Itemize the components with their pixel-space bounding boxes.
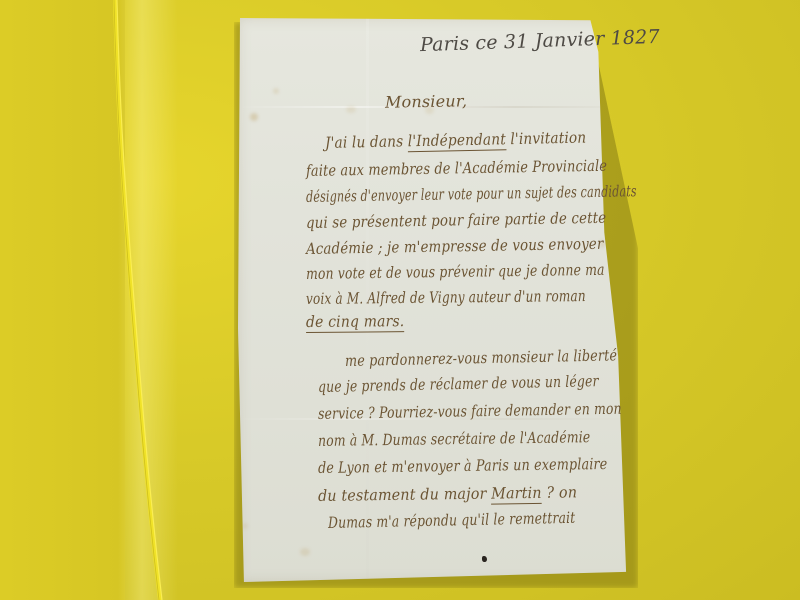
letter-line-text: du testament du major <box>318 485 491 505</box>
yellow-folder-left-panel <box>0 0 125 600</box>
letter-salutation: Monsieur, <box>385 91 468 111</box>
paper-stain <box>242 523 248 529</box>
paper-stain <box>250 113 258 121</box>
binding-thread <box>112 0 192 600</box>
paper-stain <box>300 548 310 556</box>
underlined-name: Martin <box>491 484 542 505</box>
letter-line-text: l'invitation <box>506 129 587 149</box>
underlined-newspaper-title: l'Indépendant <box>408 130 507 152</box>
underlined-novel-title: de cinq mars. <box>306 312 405 333</box>
paper-stain <box>273 88 279 94</box>
letter-line-text: ? on <box>542 483 578 501</box>
letter-line: nom à M. Dumas secrétaire de l'Académie <box>318 428 591 450</box>
letter-line: du testament du major Martin ? on <box>318 483 577 505</box>
letter-line-text: J'ai lu dans <box>325 132 408 152</box>
letter-line: voix à M. Alfred de Vigny auteur d'un ro… <box>306 287 586 308</box>
paper-stain <box>346 106 356 113</box>
ink-blot <box>482 556 487 562</box>
